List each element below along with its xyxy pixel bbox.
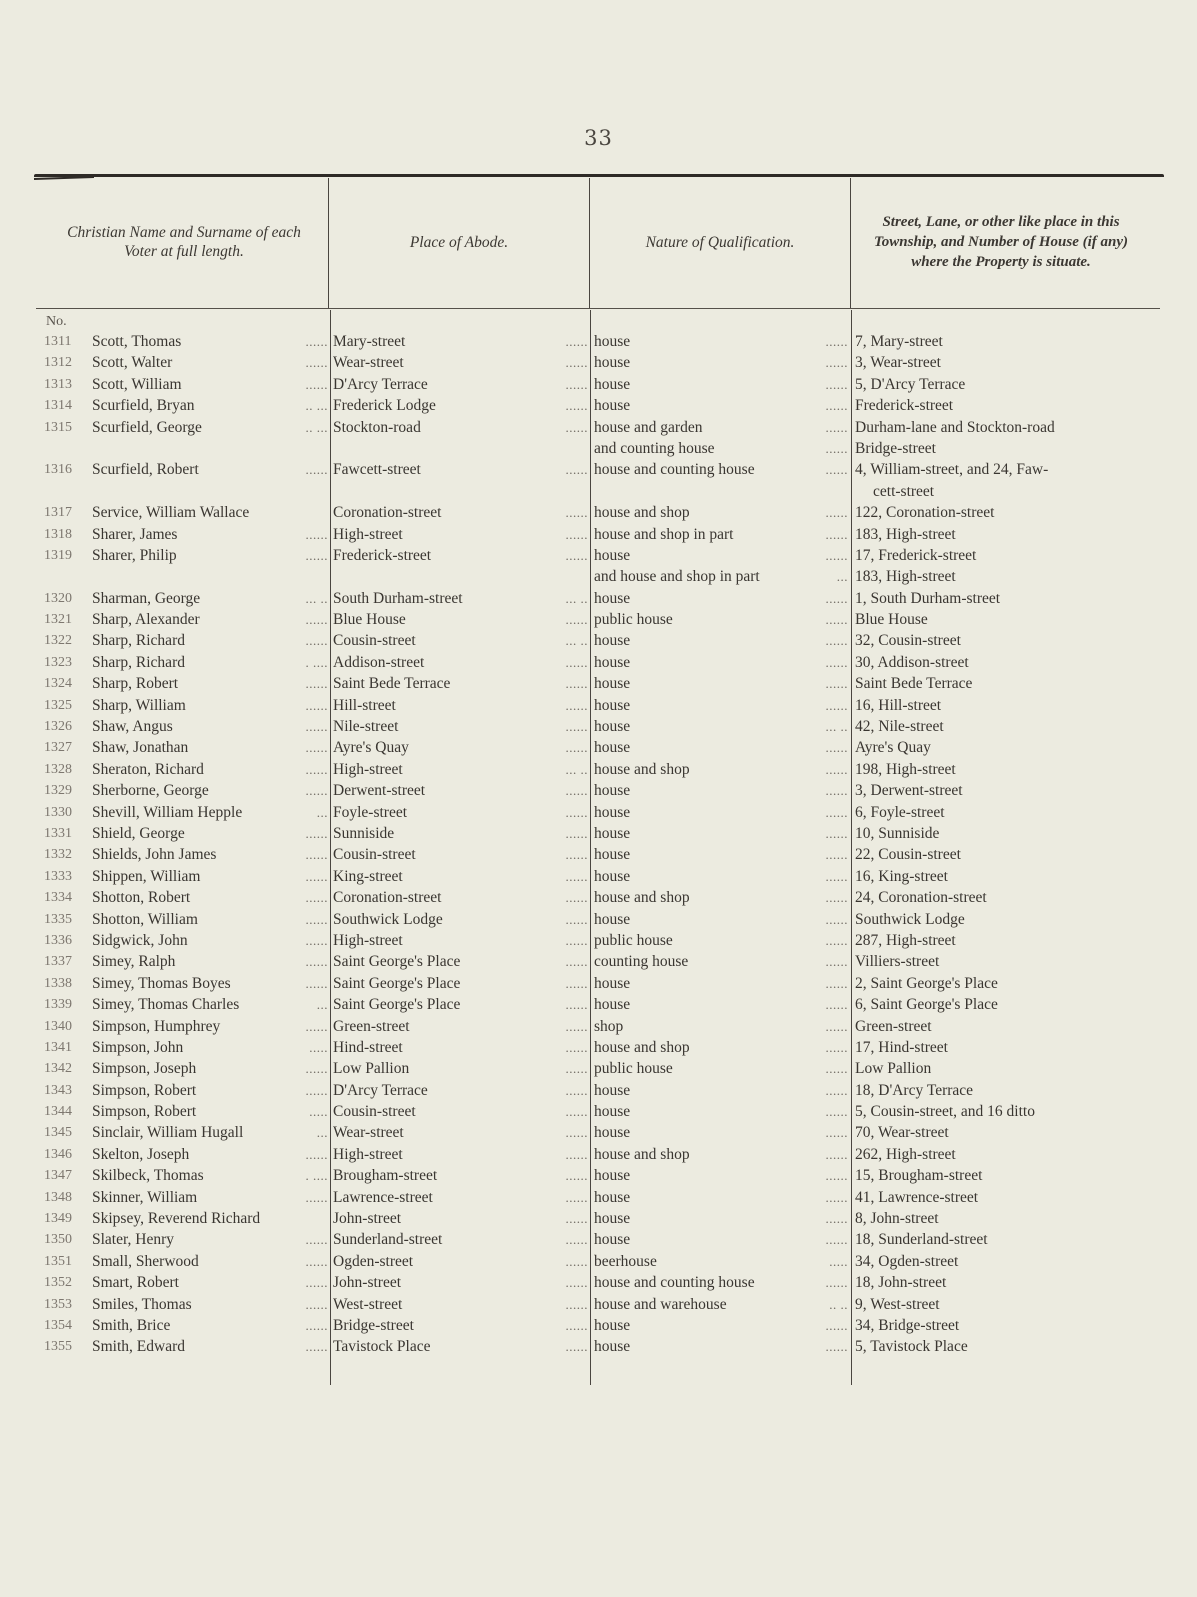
header-voter-name-text: Christian Name and Surname of each Voter… (40, 223, 328, 261)
place-of-abode: High-street (333, 930, 403, 951)
qualification-cell: house...... (594, 588, 848, 609)
dot-leader: ...... (186, 695, 328, 716)
property-location: Durham-lane and Stockton-road (855, 419, 1055, 436)
property-location-cell: 6, Foyle-street (855, 802, 1155, 823)
dot-leader: ...... (733, 524, 848, 545)
place-of-abode-cell: High-street...... (333, 930, 588, 951)
dot-leader: ...... (404, 1122, 588, 1143)
qualification-cell: house...... (594, 780, 848, 801)
qualification-cell: shop...... (594, 1016, 848, 1037)
dot-leader: ... (242, 802, 328, 823)
voter-name-cell: Sheraton, Richard...... (92, 759, 328, 780)
property-location-cell: 1, South Durham-street (855, 588, 1155, 609)
qualification-cell: house...... (594, 1101, 848, 1122)
place-of-abode-cell: Nile-street...... (333, 716, 588, 737)
voter-name-cell: Smith, Brice...... (92, 1315, 328, 1336)
place-of-abode-cell: Coronation-street...... (333, 887, 588, 908)
voter-number: 1347 (44, 1165, 88, 1186)
voter-number: 1332 (44, 844, 88, 865)
voter-name-cell: Simpson, Robert..... (92, 1101, 328, 1122)
voter-name: Skelton, Joseph (92, 1144, 189, 1165)
voter-number: 1320 (44, 588, 88, 609)
dot-leader: ...... (630, 1080, 848, 1101)
place-of-abode-cell: Frederick Lodge...... (333, 395, 588, 416)
nature-of-qualification: house (594, 374, 630, 395)
dot-leader: ...... (630, 652, 848, 673)
qualification-cell: house...... (594, 823, 848, 844)
table-row: 1330Shevill, William Hepple...Foyle-stre… (0, 802, 1197, 823)
dot-leader: ...... (220, 1016, 328, 1037)
voter-number: 1315 (44, 417, 88, 438)
table-row: 1312Scott, Walter......Wear-street......… (0, 352, 1197, 373)
table-row: 1326Shaw, Angus......Nile-street......ho… (0, 716, 1197, 737)
dot-leader: ...... (630, 374, 848, 395)
dot-leader: ...... (630, 994, 848, 1015)
dot-leader: ...... (196, 1058, 328, 1079)
place-of-abode-cell: Southwick Lodge...... (333, 909, 588, 930)
dot-leader: ...... (630, 823, 848, 844)
dot-leader (249, 502, 328, 523)
voter-name-cell: Simpson, Robert...... (92, 1080, 328, 1101)
table-row: 1336Sidgwick, John......High-street.....… (0, 930, 1197, 951)
nature-of-qualification: house (594, 1336, 630, 1357)
dot-leader: ...... (198, 909, 328, 930)
dot-leader: ...... (401, 1208, 588, 1229)
place-of-abode: D'Arcy Terrace (333, 1080, 428, 1101)
qualification-cell: public house...... (594, 1058, 848, 1079)
nature-of-qualification: shop (594, 1016, 623, 1037)
dot-leader: ...... (630, 1122, 848, 1143)
voter-name-cell: Sharp, Richard...... (92, 630, 328, 651)
nature-of-qualification: house (594, 866, 630, 887)
place-of-abode: High-street (333, 759, 403, 780)
dot-leader: ...... (200, 609, 328, 630)
dot-leader: ...... (177, 524, 328, 545)
table-row: 1337Simey, Ralph......Saint George's Pla… (0, 951, 1197, 972)
place-of-abode-cell: D'Arcy Terrace...... (333, 1080, 588, 1101)
qualification-cell: house...... (594, 802, 848, 823)
nature-of-qualification: house (594, 395, 630, 416)
voter-name: Scott, Thomas (92, 331, 181, 352)
dot-leader: ...... (623, 1016, 848, 1037)
dot-leader: ... (239, 994, 328, 1015)
dot-leader: ...... (437, 1165, 588, 1186)
property-location: 24, Coronation-street (855, 889, 987, 906)
property-location-cell: 2, Saint George's Place (855, 973, 1155, 994)
property-location: 287, High-street (855, 932, 956, 949)
property-location-cell: 5, Tavistock Place (855, 1336, 1155, 1357)
voter-name-cell: Shields, John James...... (92, 844, 328, 865)
dot-leader: ...... (673, 930, 848, 951)
nature-of-qualification: public house (594, 1058, 673, 1079)
property-location: 1, South Durham-street (855, 590, 1000, 607)
dot-leader: ...... (188, 930, 328, 951)
property-location: 32, Cousin-street (855, 632, 961, 649)
table-row: 1354Smith, Brice......Bridge-street.....… (0, 1315, 1197, 1336)
dot-leader: ...... (409, 737, 588, 758)
property-location: 16, Hill-street (855, 697, 941, 714)
dot-leader: ...... (460, 951, 588, 972)
qualification-cell: house...... (594, 1165, 848, 1186)
property-location: 183, High-street (855, 568, 956, 585)
nature-of-qualification: house (594, 1122, 630, 1143)
dot-leader: ...... (690, 502, 848, 523)
qualification-cell: house and shop...... (594, 1144, 848, 1165)
place-of-abode-cell: Stockton-road...... (333, 417, 588, 438)
voter-name-cell: Sharp, Alexander...... (92, 609, 328, 630)
dot-leader: ... .. (403, 759, 588, 780)
table-row: 1332Shields, John James......Cousin-stre… (0, 844, 1197, 865)
dot-leader: ...... (690, 887, 848, 908)
nature-of-qualification: house and shop (594, 1144, 690, 1165)
voter-name-cell: Skilbeck, Thomas. .... (92, 1165, 328, 1186)
property-location-cell: Ayre's Quay (855, 737, 1155, 758)
dot-leader: .. ... (194, 395, 328, 416)
header-place-of-abode-text: Place of Abode. (410, 233, 508, 252)
place-of-abode-cell: West-street...... (333, 1294, 588, 1315)
voter-name: Sharp, Richard (92, 652, 185, 673)
place-of-abode: Nile-street (333, 716, 398, 737)
place-of-abode: Green-street (333, 1016, 410, 1037)
qualification-cell: house and garden...... (594, 417, 848, 438)
nature-of-qualification: house and warehouse (594, 1294, 727, 1315)
property-location: 198, High-street (855, 761, 956, 778)
property-location-cell: 41, Lawrence-street (855, 1187, 1155, 1208)
nature-of-qualification: house (594, 780, 630, 801)
voter-name-cell: Sharer, Philip...... (92, 545, 328, 566)
voter-name-cell: Simey, Thomas Charles... (92, 994, 328, 1015)
dot-leader (260, 1208, 328, 1229)
table-row: 1344Simpson, Robert.....Cousin-street...… (0, 1101, 1197, 1122)
voter-name-cell: Scott, William...... (92, 374, 328, 395)
property-location-cell: 287, High-street (855, 930, 1155, 951)
dot-leader: ...... (690, 1037, 848, 1058)
voter-name-cell: Sharer, James...... (92, 524, 328, 545)
voter-name-cell: Sharman, George... .. (92, 588, 328, 609)
nature-of-qualification: house (594, 630, 630, 651)
dot-leader: ...... (630, 630, 848, 651)
voter-name: Sharp, Richard (92, 630, 185, 651)
dot-leader: ..... (196, 1101, 328, 1122)
property-location: 9, West-street (855, 1296, 940, 1313)
voter-number: 1349 (44, 1208, 88, 1229)
nature-of-qualification: house (594, 1165, 630, 1186)
property-location-cell: 3, Derwent-street (855, 780, 1155, 801)
place-of-abode-cell: Fawcett-street...... (333, 459, 588, 480)
property-location-cell: 4, William-street, and 24, Faw-cett-stre… (855, 459, 1155, 502)
dot-leader: ...... (690, 759, 848, 780)
voter-name-cell: Smiles, Thomas...... (92, 1294, 328, 1315)
property-location: 15, Brougham-street (855, 1167, 982, 1184)
dot-leader: ...... (460, 973, 588, 994)
voter-name-cell: Shotton, Robert...... (92, 887, 328, 908)
voter-name: Sharer, James (92, 524, 177, 545)
place-of-abode: West-street (333, 1294, 402, 1315)
voter-name-cell: Scurfield, Bryan.. ... (92, 395, 328, 416)
table-row: 1341Simpson, John.....Hind-street......h… (0, 1037, 1197, 1058)
dot-leader: ...... (188, 737, 328, 758)
dot-leader: ...... (200, 866, 328, 887)
voter-number: 1330 (44, 802, 88, 823)
table-row: 1314Scurfield, Bryan.. ...Frederick Lodg… (0, 395, 1197, 416)
voter-name: Sherborne, George (92, 780, 209, 801)
nature-of-qualification: house (594, 695, 630, 716)
dot-leader: ...... (442, 1229, 588, 1250)
place-of-abode-cell: Frederick-street...... (333, 545, 588, 566)
dot-leader: ...... (403, 524, 588, 545)
property-location: Blue House (855, 611, 928, 628)
nature-of-qualification: beerhouse (594, 1251, 657, 1272)
place-of-abode-cell: Derwent-street...... (333, 780, 588, 801)
dot-leader: ...... (175, 951, 328, 972)
nature-of-qualification: house (594, 973, 630, 994)
table-row: and counting house......Bridge-street (0, 438, 1197, 459)
voter-number: 1325 (44, 695, 88, 716)
nature-of-qualification: public house (594, 930, 673, 951)
nature-of-qualification: house and garden (594, 417, 702, 438)
dot-leader: ...... (630, 588, 848, 609)
qualification-cell: house and warehouse.. .. (594, 1294, 848, 1315)
qualification-cell: house...... (594, 652, 848, 673)
dot-leader: ...... (405, 331, 588, 352)
dot-leader: . .... (185, 652, 328, 673)
property-location: Ayre's Quay (855, 739, 931, 756)
voter-number: 1312 (44, 352, 88, 373)
dot-leader: ...... (398, 716, 588, 737)
nature-of-qualification: house (594, 352, 630, 373)
dot-leader: ..... (183, 1037, 328, 1058)
property-location: 18, D'Arcy Terrace (855, 1082, 973, 1099)
voter-number: 1336 (44, 930, 88, 951)
place-of-abode-cell: Saint George's Place...... (333, 994, 588, 1015)
nature-of-qualification: house (594, 1080, 630, 1101)
qualification-cell: house...... (594, 1187, 848, 1208)
property-location-cell: 15, Brougham-street (855, 1165, 1155, 1186)
dot-leader: ...... (441, 502, 588, 523)
property-location-cell: Green-street (855, 1016, 1155, 1037)
nature-of-qualification: and counting house (594, 438, 715, 459)
dot-leader: ...... (630, 1165, 848, 1186)
dot-leader: ...... (755, 459, 848, 480)
place-of-abode: Low Pallion (333, 1058, 409, 1079)
voter-name: Simey, Ralph (92, 951, 175, 972)
voter-number: 1329 (44, 780, 88, 801)
qualification-cell: house...... (594, 973, 848, 994)
nature-of-qualification: house and shop (594, 502, 690, 523)
dot-leader: ...... (179, 1272, 328, 1293)
voter-name: Smith, Brice (92, 1315, 170, 1336)
property-location-cell: Bridge-street (855, 438, 1155, 459)
dot-leader: ... .. (416, 630, 588, 651)
property-location: 17, Frederick-street (855, 547, 976, 564)
voter-name-cell: Simpson, John..... (92, 1037, 328, 1058)
dot-leader: ...... (431, 545, 588, 566)
place-of-abode: Stockton-road (333, 417, 421, 438)
place-of-abode: Brougham-street (333, 1165, 437, 1186)
property-location-cell: 3, Wear-street (855, 352, 1155, 373)
dot-leader: ...... (690, 1144, 848, 1165)
nature-of-qualification: house (594, 909, 630, 930)
place-of-abode-cell: John-street...... (333, 1272, 588, 1293)
place-of-abode-cell: Cousin-street...... (333, 1101, 588, 1122)
qualification-cell: public house...... (594, 609, 848, 630)
property-location-cell: 18, John-street (855, 1272, 1155, 1293)
dot-leader: ... (243, 1122, 328, 1143)
voter-name: Simpson, Robert (92, 1080, 196, 1101)
voter-name: Slater, Henry (92, 1229, 174, 1250)
nature-of-qualification: house and counting house (594, 1272, 755, 1293)
place-of-abode: Derwent-street (333, 780, 425, 801)
voter-name: Small, Sherwood (92, 1251, 199, 1272)
property-location-cell: 5, D'Arcy Terrace (855, 374, 1155, 395)
property-location: 5, Cousin-street, and 16 ditto (855, 1103, 1035, 1120)
voter-name: Smiles, Thomas (92, 1294, 192, 1315)
qualification-cell: house...... (594, 673, 848, 694)
voter-name-cell: Skipsey, Reverend Richard (92, 1208, 328, 1229)
dot-leader: ...... (630, 737, 848, 758)
voter-name-cell: Sherborne, George...... (92, 780, 328, 801)
place-of-abode-cell: Sunderland-street...... (333, 1229, 588, 1250)
voter-number: 1326 (44, 716, 88, 737)
header-property-location: Street, Lane, or other like place in thi… (851, 178, 1151, 306)
voter-name: Simey, Thomas Boyes (92, 973, 231, 994)
place-of-abode-cell: Saint Bede Terrace...... (333, 673, 588, 694)
property-location-cell: 16, King-street (855, 866, 1155, 887)
dot-leader: ...... (630, 844, 848, 865)
dot-leader: ...... (421, 459, 588, 480)
place-of-abode-cell: John-street...... (333, 1208, 588, 1229)
place-of-abode-cell: High-street... .. (333, 759, 588, 780)
qualification-cell: house...... (594, 395, 848, 416)
voter-number: 1342 (44, 1058, 88, 1079)
dot-leader: ...... (204, 759, 328, 780)
voter-name: Simpson, Humphrey (92, 1016, 220, 1037)
table-row: 1334Shotton, Robert......Coronation-stre… (0, 887, 1197, 908)
header-nature-of-qualification-text: Nature of Qualification. (646, 233, 795, 252)
voter-name: Shield, George (92, 823, 185, 844)
property-location-cell: 17, Hind-street (855, 1037, 1155, 1058)
property-location-cell: Saint Bede Terrace (855, 673, 1155, 694)
header-rule (36, 308, 1160, 309)
dot-leader: ...... (407, 802, 588, 823)
voter-name: Scurfield, George (92, 417, 202, 438)
property-location: 2, Saint George's Place (855, 975, 998, 992)
dot-leader: ...... (428, 1080, 588, 1101)
nature-of-qualification: house (594, 844, 630, 865)
table-row: 1324Sharp, Robert......Saint Bede Terrac… (0, 673, 1197, 694)
qualification-cell: house and shop...... (594, 887, 848, 908)
place-of-abode: Southwick Lodge (333, 909, 443, 930)
qualification-cell: house...... (594, 1315, 848, 1336)
dot-leader: ...... (414, 1315, 588, 1336)
place-of-abode-cell: Cousin-street...... (333, 844, 588, 865)
qualification-cell: and house and shop in part... (594, 566, 848, 587)
place-of-abode: Lawrence-street (333, 1187, 433, 1208)
nature-of-qualification: house (594, 994, 630, 1015)
voter-number: 1327 (44, 737, 88, 758)
dot-leader: ...... (433, 1187, 588, 1208)
qualification-cell: house...... (594, 1122, 848, 1143)
voter-number: 1339 (44, 994, 88, 1015)
nature-of-qualification: house (594, 737, 630, 758)
property-location: 7, Mary-street (855, 333, 943, 350)
place-of-abode: D'Arcy Terrace (333, 374, 428, 395)
dot-leader: ...... (177, 545, 328, 566)
dot-leader: ...... (231, 973, 328, 994)
dot-leader: ...... (178, 673, 328, 694)
place-of-abode-cell: King-street...... (333, 866, 588, 887)
voter-name-cell: Scurfield, George.. ... (92, 417, 328, 438)
place-of-abode: Hind-street (333, 1037, 403, 1058)
voter-number: 1323 (44, 652, 88, 673)
nature-of-qualification: house (594, 588, 630, 609)
voter-name: Sharman, George (92, 588, 200, 609)
property-location: 10, Sunniside (855, 825, 939, 842)
qualification-cell: and counting house...... (594, 438, 848, 459)
dot-leader: ...... (630, 545, 848, 566)
dot-leader: ...... (421, 417, 588, 438)
property-location: 8, John-street (855, 1210, 939, 1227)
place-of-abode: Addison-street (333, 652, 424, 673)
place-of-abode: Sunderland-street (333, 1229, 442, 1250)
place-of-abode: Hill-street (333, 695, 396, 716)
nature-of-qualification: house and counting house (594, 459, 755, 480)
place-of-abode: High-street (333, 524, 403, 545)
place-of-abode: Saint George's Place (333, 994, 460, 1015)
dot-leader: ...... (443, 909, 588, 930)
property-location: 5, D'Arcy Terrace (855, 376, 965, 393)
nature-of-qualification: house (594, 823, 630, 844)
property-location-cell: 183, High-street (855, 566, 1155, 587)
dot-leader: ...... (416, 1101, 588, 1122)
nature-of-qualification: house (594, 331, 630, 352)
voter-number: 1340 (44, 1016, 88, 1037)
nature-of-qualification: house and shop in part (594, 524, 733, 545)
dot-leader: ...... (630, 1336, 848, 1357)
place-of-abode-cell: Saint George's Place...... (333, 973, 588, 994)
voter-number: 1354 (44, 1315, 88, 1336)
voter-number: 1355 (44, 1336, 88, 1357)
qualification-cell: house and counting house...... (594, 459, 848, 480)
dot-leader: ...... (403, 930, 588, 951)
property-location-cell: 70, Wear-street (855, 1122, 1155, 1143)
voter-name-cell: Simey, Thomas Boyes...... (92, 973, 328, 994)
voter-name: Scott, William (92, 374, 182, 395)
dot-leader: ...... (173, 716, 328, 737)
header-voter-name: Christian Name and Surname of each Voter… (40, 178, 328, 306)
qualification-cell: house...... (594, 1229, 848, 1250)
nature-of-qualification: house and shop (594, 1037, 690, 1058)
place-of-abode: South Durham-street (333, 588, 463, 609)
voter-name: Scurfield, Robert (92, 459, 199, 480)
dot-leader: ...... (394, 823, 588, 844)
voter-name: Shields, John James (92, 844, 216, 865)
qualification-cell: house...... (594, 1336, 848, 1357)
voter-name-cell: Simey, Ralph...... (92, 951, 328, 972)
qualification-cell: house and shop...... (594, 759, 848, 780)
qualification-cell: house and shop...... (594, 1037, 848, 1058)
dot-leader: ...... (430, 1336, 588, 1357)
voter-number: 1351 (44, 1251, 88, 1272)
dot-leader: ...... (189, 1144, 328, 1165)
property-location: 22, Cousin-street (855, 846, 961, 863)
voter-name-cell: Sharp, Robert...... (92, 673, 328, 694)
place-of-abode-cell: Tavistock Place...... (333, 1336, 588, 1357)
voter-number: 1353 (44, 1294, 88, 1315)
qualification-cell: house... .. (594, 716, 848, 737)
voter-name: Simey, Thomas Charles (92, 994, 239, 1015)
table-row: 1355Smith, Edward......Tavistock Place..… (0, 1336, 1197, 1357)
